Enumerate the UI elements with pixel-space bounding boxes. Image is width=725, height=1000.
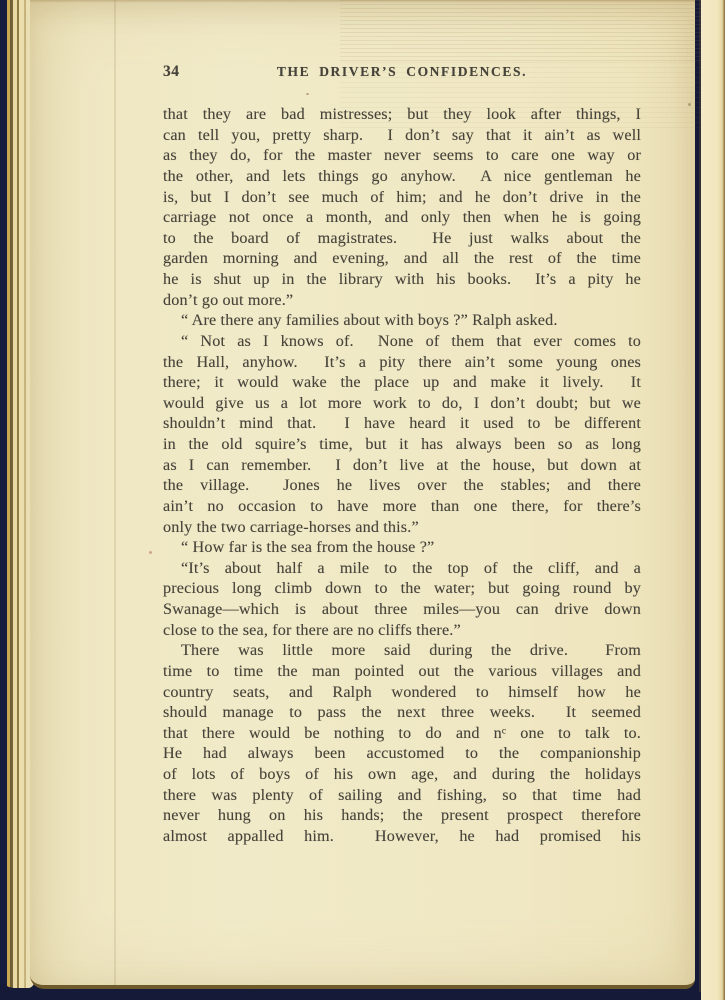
text-line: “It’s about half a mile to the top of th… [163, 558, 641, 579]
scan-speck [688, 103, 691, 106]
text-line: there; it would wake the place up and ma… [163, 372, 641, 393]
scan-speck [149, 551, 152, 554]
text-line: can tell you, pretty sharp. I don’t say … [163, 125, 641, 146]
text-line: would give us a lot more work to do, I d… [163, 393, 641, 414]
text-line: only the two carriage-horses and this.” [163, 517, 641, 538]
text-line: There was little more said during the dr… [163, 640, 641, 661]
text-line: shouldn’t mind that. I have heard it use… [163, 413, 641, 434]
right-page-edge [701, 0, 725, 1000]
text-line: the village. Jones he lives over the sta… [163, 475, 641, 496]
text-line: as they do, for the master never seems t… [163, 145, 641, 166]
text-line: “ How far is the sea from the house ?” [163, 537, 641, 558]
text-line: there was plenty of sailing and fishing,… [163, 785, 641, 806]
text-line: that there would be nothing to do and nᶜ… [163, 723, 641, 744]
text-line: almost appalled him. However, he had pro… [163, 826, 641, 847]
text-line: precious long climb down to the water; b… [163, 578, 641, 599]
page-header: 34 THE DRIVER’S CONFIDENCES. [163, 63, 641, 85]
text-line: to the board of magistrates. He just wal… [163, 228, 641, 249]
scan-speck [306, 93, 309, 95]
text-block: that they are bad mistresses; but they l… [163, 104, 641, 847]
scanned-book-page-photo: 34 THE DRIVER’S CONFIDENCES. that they a… [0, 0, 725, 1000]
text-line: ain’t no occasion to have more than one … [163, 496, 641, 517]
text-line: Swanage—which is about three miles—you c… [163, 599, 641, 620]
text-line: as I can remember. I don’t live at the h… [163, 455, 641, 476]
page-top-edge-texture [340, 0, 708, 62]
text-line: the other, and lets things go anyhow. A … [163, 166, 641, 187]
text-line: carriage not once a month, and only then… [163, 207, 641, 228]
text-line: should manage to pass the next three wee… [163, 702, 641, 723]
page-crease [114, 0, 116, 985]
text-line: don’t go out more.” [163, 290, 641, 311]
text-line: garden morning and evening, and all the … [163, 248, 641, 269]
text-line: the Hall, anyhow. It’s a pity there ain’… [163, 352, 641, 373]
text-line: “ Are there any families about with boys… [163, 310, 641, 331]
text-line: is, but I don’t see much of him; and he … [163, 187, 641, 208]
text-line: “ Not as I knows of. None of them that e… [163, 331, 641, 352]
text-line: close to the sea, for there are no cliff… [163, 620, 641, 641]
text-line: of lots of boys of his own age, and duri… [163, 764, 641, 785]
running-header: THE DRIVER’S CONFIDENCES. [163, 64, 641, 80]
text-line: never hung on his hands; the present pro… [163, 805, 641, 826]
text-line: in the old squire’s time, but it has alw… [163, 434, 641, 455]
text-line: that they are bad mistresses; but they l… [163, 104, 641, 125]
text-line: country seats, and Ralph wondered to him… [163, 682, 641, 703]
text-line: He had always been accustomed to the com… [163, 743, 641, 764]
text-line: time to time the man pointed out the var… [163, 661, 641, 682]
text-line: he is shut up in the library with his bo… [163, 269, 641, 290]
left-page-edges [0, 0, 34, 988]
